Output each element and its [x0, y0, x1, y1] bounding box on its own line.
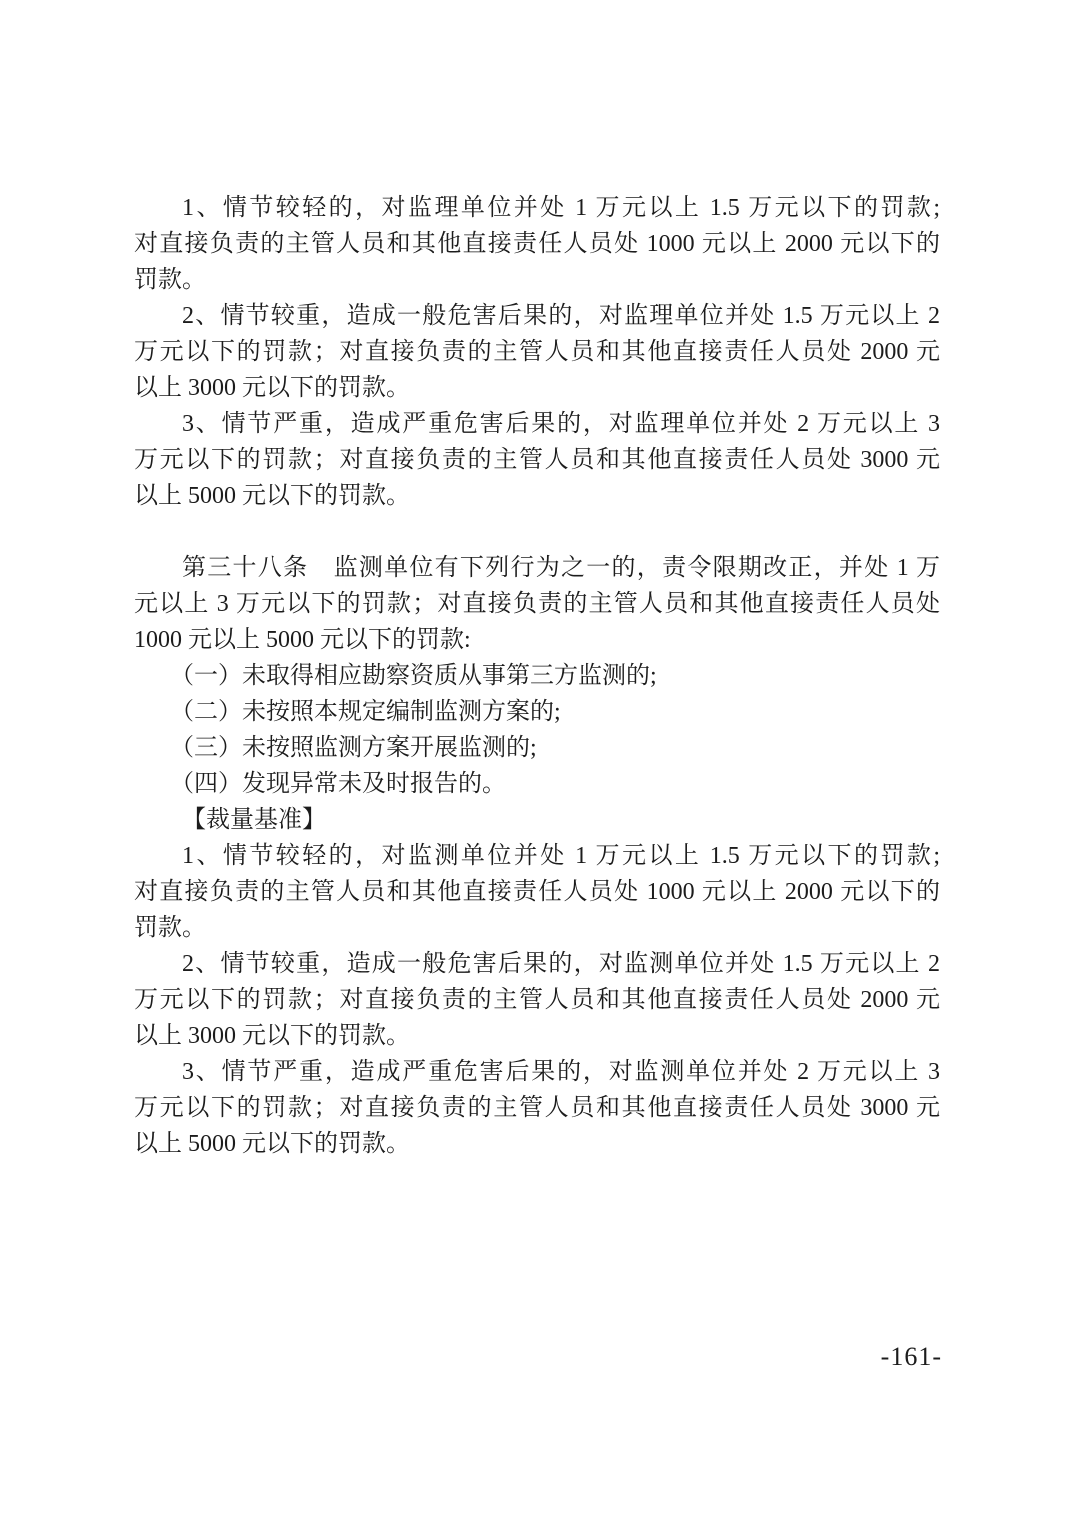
penalty-tier-3-supervision-unit: 3、情节严重，造成严重危害后果的，对监理单位并处 2 万元以上 3 万元以下的罚… — [134, 406, 940, 514]
text-line: 2、情节较重，造成一般危害后果的，对监理单位并处 1.5 万元以上 2 — [134, 298, 940, 334]
text-line: 罚款。 — [134, 262, 940, 298]
penalty-tier-2-supervision-unit: 2、情节较重，造成一般危害后果的，对监理单位并处 1.5 万元以上 2 万元以下… — [134, 298, 940, 406]
article-38-subitem-4: （四）发现异常未及时报告的。 — [134, 766, 940, 802]
document-page: 1、情节较轻的，对监理单位并处 1 万元以上 1.5 万元以下的罚款; 对直接负… — [0, 0, 1075, 1520]
article-38-subitem-2: （二）未按照本规定编制监测方案的; — [134, 694, 940, 730]
text-line: 万元以下的罚款；对直接负责的主管人员和其他直接责任人员处 2000 元 — [134, 982, 940, 1018]
text-line: 1000 元以上 5000 元以下的罚款: — [134, 622, 940, 658]
article-38-paragraph: 第三十八条 监测单位有下列行为之一的，责令限期改正，并处 1 万 元以上 3 万… — [134, 550, 940, 658]
text-line: 以上 3000 元以下的罚款。 — [134, 370, 940, 406]
text-line: 以上 5000 元以下的罚款。 — [134, 478, 940, 514]
text-line: 罚款。 — [134, 910, 940, 946]
text-line: 1、情节较轻的，对监理单位并处 1 万元以上 1.5 万元以下的罚款; — [134, 190, 940, 226]
penalty-tier-1-monitoring-unit: 1、情节较轻的，对监测单位并处 1 万元以上 1.5 万元以下的罚款; 对直接负… — [134, 838, 940, 946]
page-number: -161- — [881, 1342, 942, 1372]
text-line: 第三十八条 监测单位有下列行为之一的，责令限期改正，并处 1 万 — [134, 550, 940, 586]
text-line: 对直接负责的主管人员和其他直接责任人员处 1000 元以上 2000 元以下的 — [134, 874, 940, 910]
discretion-standard-label: 【裁量基准】 — [134, 802, 940, 838]
penalty-tier-2-monitoring-unit: 2、情节较重，造成一般危害后果的，对监测单位并处 1.5 万元以上 2 万元以下… — [134, 946, 940, 1054]
document-text-body: 1、情节较轻的，对监理单位并处 1 万元以上 1.5 万元以下的罚款; 对直接负… — [134, 190, 940, 1162]
text-line: 3、情节严重，造成严重危害后果的，对监理单位并处 2 万元以上 3 — [134, 406, 940, 442]
penalty-tier-3-monitoring-unit: 3、情节严重，造成严重危害后果的，对监测单位并处 2 万元以上 3 万元以下的罚… — [134, 1054, 940, 1162]
text-line: 1、情节较轻的，对监测单位并处 1 万元以上 1.5 万元以下的罚款; — [134, 838, 940, 874]
blank-line — [134, 514, 940, 550]
text-line: 万元以下的罚款；对直接负责的主管人员和其他直接责任人员处 3000 元 — [134, 1090, 940, 1126]
text-line: 以上 5000 元以下的罚款。 — [134, 1126, 940, 1162]
text-line: 3、情节严重，造成严重危害后果的，对监测单位并处 2 万元以上 3 — [134, 1054, 940, 1090]
article-38-subitem-3: （三）未按照监测方案开展监测的; — [134, 730, 940, 766]
text-line: 对直接负责的主管人员和其他直接责任人员处 1000 元以上 2000 元以下的 — [134, 226, 940, 262]
article-38-subitem-1: （一）未取得相应勘察资质从事第三方监测的; — [134, 658, 940, 694]
text-line: 以上 3000 元以下的罚款。 — [134, 1018, 940, 1054]
penalty-tier-1-supervision-unit: 1、情节较轻的，对监理单位并处 1 万元以上 1.5 万元以下的罚款; 对直接负… — [134, 190, 940, 298]
text-line: 2、情节较重，造成一般危害后果的，对监测单位并处 1.5 万元以上 2 — [134, 946, 940, 982]
text-line: 元以上 3 万元以下的罚款；对直接负责的主管人员和其他直接责任人员处 — [134, 586, 940, 622]
text-line: 万元以下的罚款；对直接负责的主管人员和其他直接责任人员处 2000 元 — [134, 334, 940, 370]
text-line: 万元以下的罚款；对直接负责的主管人员和其他直接责任人员处 3000 元 — [134, 442, 940, 478]
